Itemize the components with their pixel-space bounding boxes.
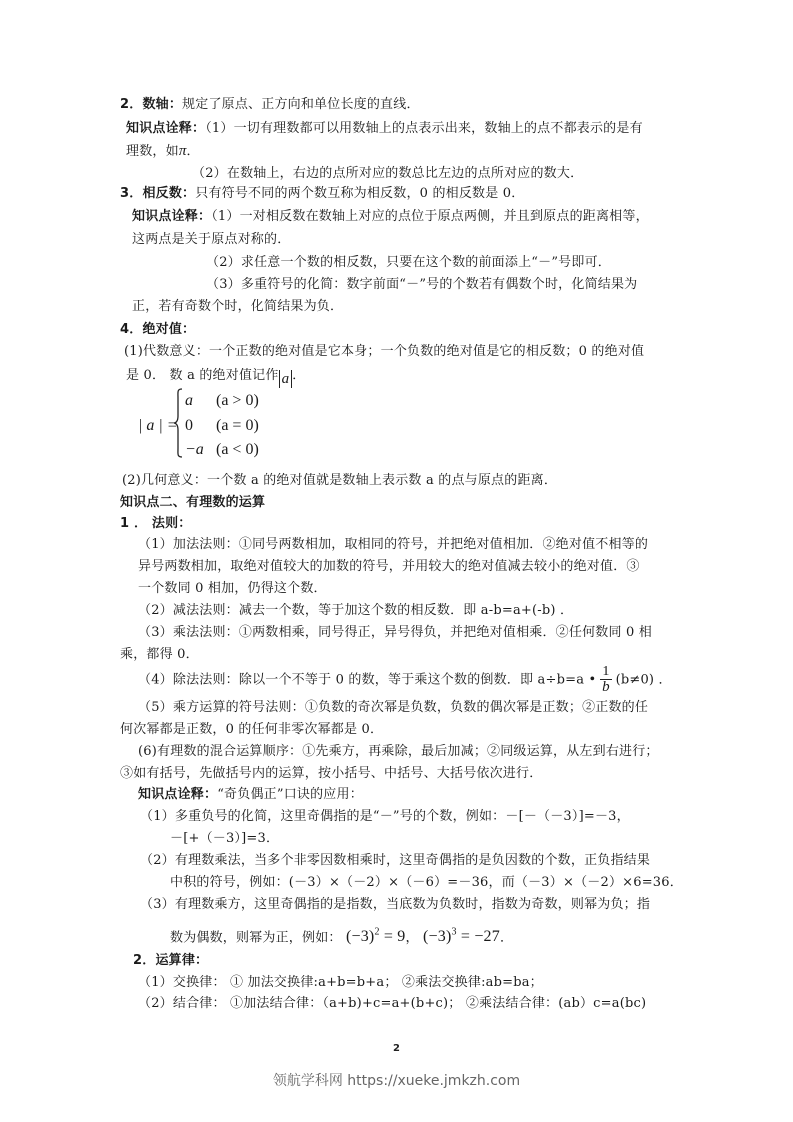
pi-symbol: π — [179, 143, 187, 159]
absolute-value-notation: a — [279, 370, 293, 388]
geometric-meaning: (2)几何意义：一个数 a 的绝对值就是数轴上表示数 a 的点与原点的距离． — [122, 473, 557, 489]
opposite-definition: 3．相反数：只有符号不同的两个数互称为相反数，0 的相反数是 0． — [120, 186, 524, 202]
addition-rule-cont-2: 一个数同 0 相加，仍得这个数． — [138, 581, 327, 597]
example-power-odd: (−3)3 = −27 — [423, 928, 500, 945]
note-item-2-cont: 中积的符号，例如：(－3）×（－2）×（－6）=－36，而（－3）×（－2）×6… — [170, 875, 683, 891]
section-heading: 2．数轴： — [120, 97, 182, 112]
addition-rule-cont: 异号两数相加，取绝对值较大的加数的符号，并用较大的绝对值减去较小的绝对值．③ — [138, 559, 640, 575]
addition-rule: （1）加法法则：①同号两数相加，取相同的符号，并把绝对值相加．②绝对值不相等的 — [138, 537, 648, 553]
note-item-2: （2）有理数乘法，当多个非零因数相乘时，这里奇偶指的是负因数的个数，正负指结果 — [140, 853, 650, 869]
associative-law: （2）结合律： ①加法结合律：（a+b)+c=a+(b+c)； ②乘法结合律：(… — [138, 996, 646, 1012]
note-label: 知识点诠释： — [138, 787, 217, 802]
commutative-law: （1）交换律： ① 加法交换律:a+b=b+a； ②乘法交换律:ab=ba； — [138, 975, 543, 991]
power-sign-rule-cont: 何次幂都是正数，0 的任何非零次幂都是 0． — [120, 722, 383, 738]
note-item-3-cont: 数为偶数，则幂为正，例如： (−3)2 = 9， (−3)3 = −27． — [170, 922, 513, 949]
knowledge-note-3-cont: 正，若有奇数个时，化简结果为负． — [132, 299, 343, 315]
section-heading: 3．相反数： — [120, 186, 195, 201]
knowledge-note: 知识点诠释：（1）一切有理数都可以用数轴上的点表示出来，数轴上的点不都表示的是有 — [126, 121, 643, 137]
multiplication-rule-cont: 乘，都得 0． — [120, 647, 199, 663]
operation-order: (6)有理数的混合运算顺序：①先乘方，再乘除，最后加减；②同级运算，从左到右进行… — [138, 744, 659, 760]
left-brace-icon — [173, 388, 183, 458]
note-label: 知识点诠释： — [132, 209, 211, 224]
operation-order-cont: ③如有括号，先做括号内的运算，按小括号、中括号、大括号依次进行． — [120, 766, 542, 782]
subtraction-rule: （2）减法法则：减去一个数，等于加这个数的相反数．即 a-b=a+(-b) ． — [138, 603, 573, 619]
part-heading: 知识点二、有理数的运算 — [120, 495, 265, 511]
division-rule: （4）除法法则：除以一个不等于 0 的数，等于乘这个数的倒数．即 a÷b=a •… — [138, 665, 672, 696]
case-value-2: 0 — [185, 417, 193, 435]
page-number: 2 — [0, 1043, 793, 1054]
number-axis-definition: 2．数轴：规定了原点、正方向和单位长度的直线． — [120, 97, 420, 113]
fraction-one-over-b: 1b — [600, 665, 611, 695]
rules-heading: 1 ． 法则： — [120, 516, 192, 532]
case-condition-1: (a > 0) — [216, 392, 259, 410]
knowledge-note: 知识点诠释：（1）一对相反数在数轴上对应的点位于原点两侧，并且到原点的距离相等， — [132, 209, 649, 225]
case-condition-3: (a < 0) — [216, 441, 259, 459]
case-value-1: a — [185, 392, 193, 410]
example-power-even: (−3)2 = 9 — [346, 928, 406, 945]
knowledge-note: 知识点诠释：“奇负偶正”口诀的应用： — [138, 787, 363, 803]
laws-heading: 2．运算律： — [133, 953, 208, 969]
power-sign-rule: （5）乘方运算的符号法则：①负数的奇次幂是负数，负数的偶次幂是正数；②正数的任 — [138, 700, 648, 716]
algebraic-meaning: (1)代数意义：一个正数的绝对值是它本身；一个负数的绝对值是它的相反数；0 的绝… — [124, 344, 644, 360]
note-item-1-cont: －[+（－3）]=3． — [170, 831, 279, 847]
knowledge-note-2: （2）求任意一个数的相反数，只要在这个数的前面添上“－”号即可． — [206, 255, 611, 271]
knowledge-note-cont: 理数，如π． — [126, 143, 200, 160]
knowledge-note-2: （2）在数轴上，右边的点所对应的数总比左边的点所对应的数大． — [192, 166, 583, 182]
knowledge-note-3: （3）多重符号的化简：数字前面“－”号的个数若有偶数个时，化简结果为 — [206, 277, 637, 293]
multiplication-rule: （3）乘法法则：①两数相乘，同号得正，异号得负，并把绝对值相乘．②任何数同 0 … — [138, 625, 652, 641]
note-label: 知识点诠释： — [126, 121, 205, 136]
note-item-3: （3）有理数乘方，这里奇偶指的是指数，当底数为负数时，指数为奇数，则幂为负；指 — [140, 897, 650, 913]
note-item-1: （1）多重负号的化简，这里奇偶指的是“－”号的个数，例如：－[－（－3）]=－3… — [140, 809, 630, 825]
case-value-3: −a — [185, 441, 204, 459]
watermark-footer: 领航学科网 https://xueke.jmkzh.com — [0, 1070, 793, 1090]
case-condition-2: (a = 0) — [216, 417, 259, 435]
absolute-heading: 4．绝对值： — [120, 322, 195, 338]
algebraic-meaning-cont: 是 0． 数 a 的绝对值记作a． — [126, 368, 305, 388]
formula-lhs: | a | = — [138, 417, 178, 435]
knowledge-note-cont: 这两点是关于原点对称的． — [132, 232, 290, 248]
